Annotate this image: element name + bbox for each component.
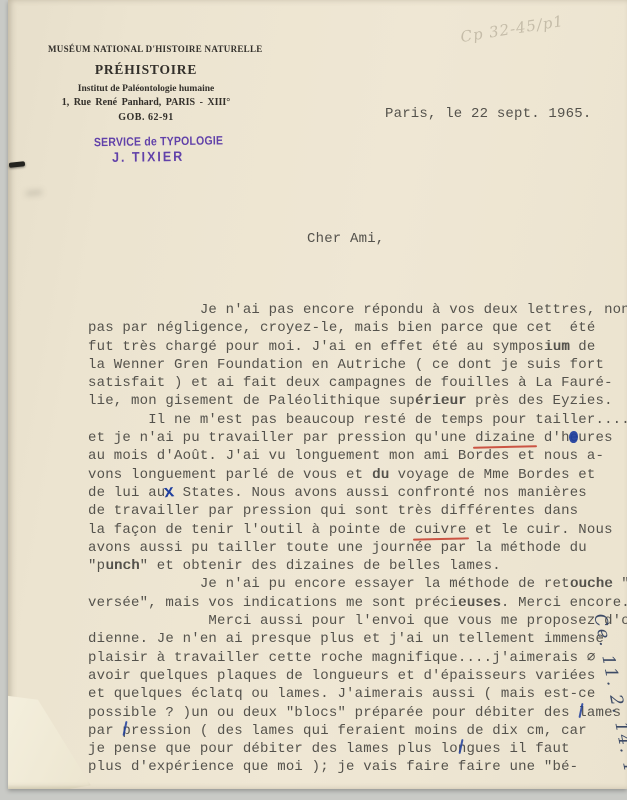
letterhead-address: 1, Rue René Panhard, PARIS - XIII° xyxy=(48,97,244,108)
letterhead-museum-line: MUSÉUM NATIONAL D'HISTOIRE NATURELLE xyxy=(48,44,244,54)
ink-mark: dizaine xyxy=(475,430,535,446)
letterhead-prehistoire: PRÉHISTOIRE xyxy=(48,62,244,78)
letter-line: dienne. Je n'en ai presque plus et j'ai … xyxy=(88,630,627,648)
stamp-service-line: SERVICE de TYPOLOGIE xyxy=(94,134,202,149)
letter-line: je pense que pour débiter des lames plus… xyxy=(88,740,627,758)
letter-line: fut très chargé pour moi. J'ai en effet … xyxy=(88,338,627,356)
ink-mark: érieur xyxy=(415,393,467,409)
letter-line: Merci aussi pour l'envoi que vous me pro… xyxy=(88,612,627,630)
date-line: Paris, le 22 sept. 1965. xyxy=(385,106,591,122)
letter-line: de lui aux States. Nous avons aussi conf… xyxy=(88,484,627,502)
letter-line: pas par négligence, croyez-le, mais bien… xyxy=(88,319,627,337)
ink-mark: unch xyxy=(105,558,139,574)
letter-body: Je n'ai pas encore répondu à vos deux le… xyxy=(88,301,627,777)
letter-line: avoir quelques plaques de longueurs et d… xyxy=(88,667,627,685)
ink-mark: ngues xyxy=(458,741,501,757)
letter-line: "punch" et obtenir des dizaines de belle… xyxy=(88,557,627,575)
pencil-annotation: Cp 32-45/p1 xyxy=(459,12,565,46)
letter-line: versée", mais vos indications me sont pr… xyxy=(88,594,627,612)
letter-line: Il ne m'est pas beaucoup resté de temps … xyxy=(88,411,627,429)
scanned-letter-page: { "colors":{"ink_blue":"#1e3e9e","red_un… xyxy=(0,0,627,800)
ink-mark: pression xyxy=(122,723,191,739)
letter-line: de travailler par pression qui sont très… xyxy=(88,502,627,520)
ink-mark: euses xyxy=(458,595,501,611)
salutation: Cher Ami, xyxy=(307,231,384,247)
letter-line: avons aussi pu tailler toute une journée… xyxy=(88,539,627,557)
letter-line: satisfait ) et ai fait deux campagnes de… xyxy=(88,374,627,392)
letter-line: Je n'ai pu encore essayer la méthode de … xyxy=(88,575,627,593)
stamp-name-line: J. TIXIER xyxy=(94,149,202,166)
ink-mark: du xyxy=(372,467,389,483)
letter-line: lie, mon gisement de Paléolithique supér… xyxy=(88,392,627,410)
ink-mark: x xyxy=(163,481,176,505)
letter-line: Je n'ai pas encore répondu à vos deux le… xyxy=(88,301,627,319)
ink-mark: ouche xyxy=(570,576,613,592)
letter-line: plaisir à travailler cette roche magnifi… xyxy=(88,649,627,667)
letter-line: la Wenner Gren Foundation en Autriche ( … xyxy=(88,356,627,374)
letterhead-phone: GOB. 62-91 xyxy=(48,112,244,123)
letter-line: la façon de tenir l'outil à pointe de cu… xyxy=(88,521,627,539)
letterhead: MUSÉUM NATIONAL D'HISTOIRE NATURELLE PRÉ… xyxy=(48,44,244,123)
letter-line: plus d'expérience que moi ); je vais fai… xyxy=(88,758,627,776)
typology-service-stamp: SERVICE de TYPOLOGIE J. TIXIER xyxy=(94,135,202,165)
letter-paper: MUSÉUM NATIONAL D'HISTOIRE NATURELLE PRÉ… xyxy=(8,0,627,789)
letter-line: et je n'ai pu travailler par pression qu… xyxy=(88,429,627,447)
letterhead-institut: Institut de Paléontologie humaine xyxy=(48,84,244,94)
letter-line: par pression ( des lames qui feraient mo… xyxy=(88,722,627,740)
letter-line: au mois d'Août. J'ai vu longuement mon a… xyxy=(88,447,627,465)
ink-mark: ium xyxy=(544,339,570,355)
letter-line: et quelques éclatq ou lames. J'aimerais … xyxy=(88,685,627,703)
letter-line: possible ? )un ou deux "blocs" préparée … xyxy=(88,704,627,722)
ink-mark: eures xyxy=(570,430,613,446)
ink-mark: cuivre xyxy=(415,522,467,538)
